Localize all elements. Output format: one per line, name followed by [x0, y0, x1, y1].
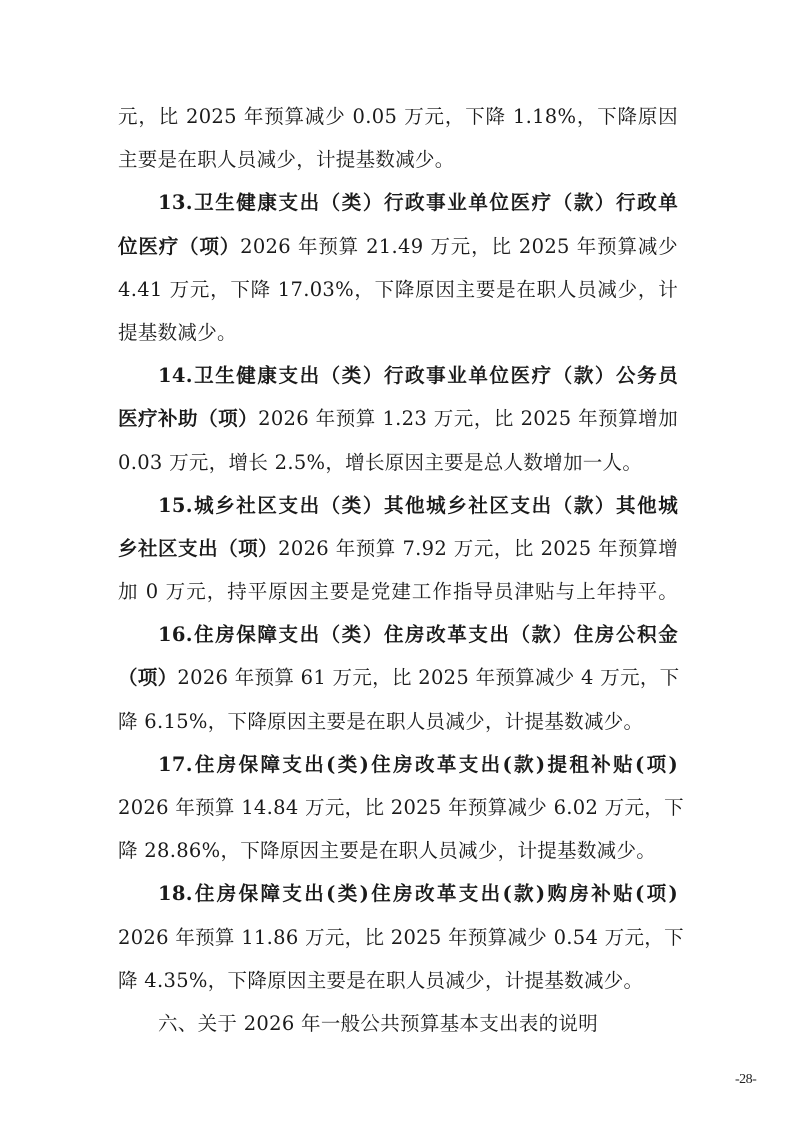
line-text: 2026 年预算 7.92 万元，比 2025 年预算增: [278, 537, 678, 560]
text-line: 降 28.86%，下降原因主要是在职人员减少，计提基数减少。: [118, 829, 678, 872]
item-heading-line: 16.住房保障支出（类）住房改革支出（款）住房公积金: [118, 613, 678, 656]
line-text: 4.41 万元，下降 17.03%，下降原因主要是在职人员减少，计: [118, 278, 678, 301]
section-heading: 六、关于 2026 年一般公共预算基本支出表的说明: [118, 1002, 678, 1045]
line-text: 提基数减少。: [118, 321, 237, 344]
item-heading-line: 17.住房保障支出(类)住房改革支出(款)提租补贴(项): [118, 743, 678, 786]
item-title-tail: （项）: [118, 666, 177, 689]
item-title: 17.住房保障支出(类)住房改革支出(款)提租补贴(项): [158, 753, 678, 776]
text-line: 位医疗（项）2026 年预算 21.49 万元，比 2025 年预算减少: [118, 225, 678, 268]
item-heading-line: 14.卫生健康支出（类）行政事业单位医疗（款）公务员: [118, 354, 678, 397]
paragraph-item-14: 14.卫生健康支出（类）行政事业单位医疗（款）公务员 医疗补助（项）2026 年…: [118, 354, 678, 484]
text-line: 加 0 万元，持平原因主要是党建工作指导员津贴与上年持平。: [118, 570, 678, 613]
item-title: 14.卫生健康支出（类）行政事业单位医疗（款）公务员: [158, 364, 678, 387]
paragraph-item-12-continuation: 元，比 2025 年预算减少 0.05 万元，下降 1.18%，下降原因 主要是…: [118, 95, 678, 181]
text-line: 4.41 万元，下降 17.03%，下降原因主要是在职人员减少，计: [118, 268, 678, 311]
item-title: 18.住房保障支出(类)住房改革支出(款)购房补贴(项): [158, 882, 678, 905]
text-line: 0.03 万元，增长 2.5%，增长原因主要是总人数增加一人。: [118, 441, 678, 484]
line-text: 2026 年预算 21.49 万元，比 2025 年预算减少: [240, 235, 678, 258]
line-text: 降 4.35%，下降原因主要是在职人员减少，计提基数减少。: [118, 969, 643, 992]
text-line: （项）2026 年预算 61 万元，比 2025 年预算减少 4 万元，下: [118, 656, 678, 699]
line-text: 元，比 2025 年预算减少 0.05 万元，下降 1.18%，下降原因: [118, 105, 678, 128]
item-heading-line: 13.卫生健康支出（类）行政事业单位医疗（款）行政单: [118, 181, 678, 224]
line-text: 降 28.86%，下降原因主要是在职人员减少，计提基数减少。: [118, 839, 656, 862]
line-text: 2026 年预算 14.84 万元，比 2025 年预算减少 6.02 万元，下: [118, 796, 684, 819]
text-line: 元，比 2025 年预算减少 0.05 万元，下降 1.18%，下降原因: [118, 95, 678, 138]
paragraph-item-15: 15.城乡社区支出（类）其他城乡社区支出（款）其他城 乡社区支出（项）2026 …: [118, 484, 678, 614]
document-page: 元，比 2025 年预算减少 0.05 万元，下降 1.18%，下降原因 主要是…: [118, 95, 678, 1045]
text-line: 医疗补助（项）2026 年预算 1.23 万元，比 2025 年预算增加: [118, 397, 678, 440]
line-text: 0.03 万元，增长 2.5%，增长原因主要是总人数增加一人。: [118, 451, 642, 474]
item-title: 16.住房保障支出（类）住房改革支出（款）住房公积金: [158, 623, 678, 646]
line-text: 2026 年预算 11.86 万元，比 2025 年预算减少 0.54 万元，下: [118, 926, 684, 949]
line-text: 主要是在职人员减少，计提基数减少。: [118, 148, 455, 171]
text-line: 主要是在职人员减少，计提基数减少。: [118, 138, 678, 181]
paragraph-item-18: 18.住房保障支出(类)住房改革支出(款)购房补贴(项) 2026 年预算 11…: [118, 872, 678, 1002]
text-line: 降 4.35%，下降原因主要是在职人员减少，计提基数减少。: [118, 959, 678, 1002]
item-heading-line: 15.城乡社区支出（类）其他城乡社区支出（款）其他城: [118, 484, 678, 527]
item-title: 15.城乡社区支出（类）其他城乡社区支出（款）其他城: [158, 494, 678, 517]
page-number: -28-: [735, 1072, 756, 1088]
paragraph-item-16: 16.住房保障支出（类）住房改革支出（款）住房公积金 （项）2026 年预算 6…: [118, 613, 678, 743]
text-line: 乡社区支出（项）2026 年预算 7.92 万元，比 2025 年预算增: [118, 527, 678, 570]
line-text: 2026 年预算 1.23 万元，比 2025 年预算增加: [258, 407, 678, 430]
text-line: 降 6.15%，下降原因主要是在职人员减少，计提基数减少。: [118, 700, 678, 743]
line-text: 加 0 万元，持平原因主要是党建工作指导员津贴与上年持平。: [118, 580, 678, 603]
text-line: 2026 年预算 11.86 万元，比 2025 年预算减少 0.54 万元，下: [118, 916, 678, 959]
paragraph-item-17: 17.住房保障支出(类)住房改革支出(款)提租补贴(项) 2026 年预算 14…: [118, 743, 678, 873]
line-text: 降 6.15%，下降原因主要是在职人员减少，计提基数减少。: [118, 710, 643, 733]
item-heading-line: 18.住房保障支出(类)住房改革支出(款)购房补贴(项): [118, 872, 678, 915]
item-title-tail: 乡社区支出（项）: [118, 537, 278, 560]
item-title-tail: 位医疗（项）: [118, 235, 240, 258]
line-text: 2026 年预算 61 万元，比 2025 年预算减少 4 万元，下: [177, 666, 679, 689]
item-title-tail: 医疗补助（项）: [118, 407, 258, 430]
item-title: 13.卫生健康支出（类）行政事业单位医疗（款）行政单: [158, 191, 678, 214]
paragraph-item-13: 13.卫生健康支出（类）行政事业单位医疗（款）行政单 位医疗（项）2026 年预…: [118, 181, 678, 354]
text-line: 提基数减少。: [118, 311, 678, 354]
text-line: 2026 年预算 14.84 万元，比 2025 年预算减少 6.02 万元，下: [118, 786, 678, 829]
